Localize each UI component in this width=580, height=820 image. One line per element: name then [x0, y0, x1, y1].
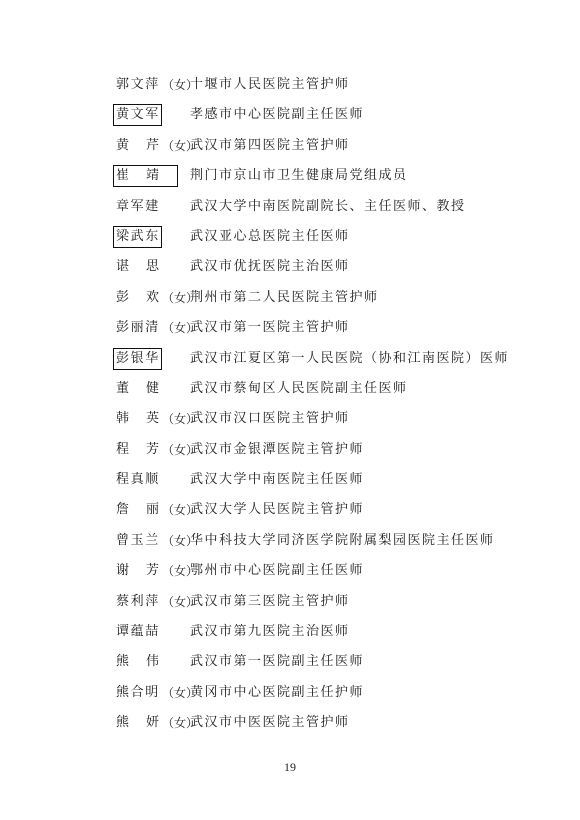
person-description: 武汉市中医医院主管护师 [190, 712, 350, 734]
person-name: 熊合明 [116, 682, 160, 704]
name-cell: 董健 [116, 378, 192, 400]
person-description: 荆州市第二人民医院主管护师 [190, 287, 379, 309]
person-name: 郭文萍 [116, 74, 160, 96]
document-page: 郭文萍 （女） 十堰市人民医院主管护师 黄文军 孝感市中心医院副主任医师 黄芹 … [0, 0, 580, 820]
person-name: 程真顺 [116, 469, 160, 491]
person-description: 武汉亚心总医院主任医师 [190, 226, 350, 248]
list-item: 熊妍 （女） 武汉市中医医院主管护师 [116, 712, 536, 742]
person-name: 彭丽清 [116, 317, 160, 339]
list-item: 程真顺 武汉大学中南医院主任医师 [116, 469, 536, 499]
person-description: 武汉市优抚医院主治医师 [190, 256, 350, 278]
person-name-boxed: 黄文军 [113, 104, 162, 126]
name-cell: 黄文军 [116, 104, 192, 126]
person-name: 董健 [116, 378, 176, 400]
list-item: 詹丽 （女） 武汉大学人民医院主管护师 [116, 499, 536, 529]
list-item: 彭银华 武汉市江夏区第一人民医院（协和江南医院）医师 [116, 348, 536, 378]
person-name: 谌思 [116, 256, 176, 278]
list-item: 郭文萍 （女） 十堰市人民医院主管护师 [116, 74, 536, 104]
name-cell: 章军建 [116, 196, 192, 218]
person-description: 武汉大学中南医院副院长、主任医师、教授 [190, 196, 466, 218]
name-cell: 谌思 [116, 256, 192, 278]
name-cell: 熊伟 [116, 651, 192, 673]
person-description: 武汉市金银潭医院主管护师 [190, 439, 364, 461]
person-description: 荆门市京山市卫生健康局党组成员 [190, 165, 408, 187]
list-item: 熊伟 武汉市第一医院副主任医师 [116, 651, 536, 681]
person-description: 武汉大学人民医院主管护师 [190, 499, 364, 521]
person-description: 武汉市蔡甸区人民医院副主任医师 [190, 378, 408, 400]
person-name: 蔡利萍 [116, 591, 160, 613]
list-item: 彭丽清 （女） 武汉市第一医院主管护师 [116, 317, 536, 347]
person-description: 鄂州市中心医院副主任医师 [190, 560, 364, 582]
list-item: 彭欢 （女） 荆州市第二人民医院主管护师 [116, 287, 536, 317]
name-cell: 程真顺 [116, 469, 192, 491]
name-cell: 彭银华 [116, 348, 192, 370]
person-name: 章军建 [116, 196, 160, 218]
list-item: 程芳 （女） 武汉市金银潭医院主管护师 [116, 439, 536, 469]
list-item: 梁武东 武汉亚心总医院主任医师 [116, 226, 536, 256]
person-description: 十堰市人民医院主管护师 [190, 74, 350, 96]
list-item: 谢芳 （女） 鄂州市中心医院副主任医师 [116, 560, 536, 590]
person-description: 武汉市江夏区第一人民医院（协和江南医院）医师 [190, 348, 509, 370]
list-item: 董健 武汉市蔡甸区人民医院副主任医师 [116, 378, 536, 408]
name-cell: 谭蕴喆 [116, 621, 192, 643]
person-description: 华中科技大学同济医学院附属梨园医院主任医师 [190, 530, 495, 552]
honoree-list: 郭文萍 （女） 十堰市人民医院主管护师 黄文军 孝感市中心医院副主任医师 黄芹 … [116, 74, 536, 743]
person-name: 熊伟 [116, 651, 176, 673]
name-cell: 崔靖 [116, 165, 192, 187]
list-item: 黄芹 （女） 武汉市第四医院主管护师 [116, 135, 536, 165]
person-description: 武汉市第四医院主管护师 [190, 135, 350, 157]
list-item: 蔡利萍 （女） 武汉市第三医院主管护师 [116, 591, 536, 621]
person-description: 武汉市汉口医院主管护师 [190, 408, 350, 430]
person-name-boxed: 彭银华 [113, 348, 162, 370]
person-name-boxed: 崔靖 [113, 165, 178, 187]
person-description: 武汉市第一医院副主任医师 [190, 651, 364, 673]
list-item: 崔靖 荆门市京山市卫生健康局党组成员 [116, 165, 536, 195]
person-name: 谭蕴喆 [116, 621, 160, 643]
person-description: 武汉大学中南医院主任医师 [190, 469, 364, 491]
list-item: 谌思 武汉市优抚医院主治医师 [116, 256, 536, 286]
list-item: 谭蕴喆 武汉市第九医院主治医师 [116, 621, 536, 651]
person-description: 武汉市第一医院主管护师 [190, 317, 350, 339]
person-description: 武汉市第三医院主管护师 [190, 591, 350, 613]
name-cell: 梁武东 [116, 226, 192, 248]
list-item: 曾玉兰 （女） 华中科技大学同济医学院附属梨园医院主任医师 [116, 530, 536, 560]
list-item: 章军建 武汉大学中南医院副院长、主任医师、教授 [116, 196, 536, 226]
person-name-boxed: 梁武东 [113, 226, 162, 248]
person-description: 武汉市第九医院主治医师 [190, 621, 350, 643]
page-number: 19 [0, 760, 580, 775]
person-description: 黄冈市中心医院副主任护师 [190, 682, 364, 704]
list-item: 韩英 （女） 武汉市汉口医院主管护师 [116, 408, 536, 438]
list-item: 黄文军 孝感市中心医院副主任医师 [116, 104, 536, 134]
list-item: 熊合明 （女） 黄冈市中心医院副主任护师 [116, 682, 536, 712]
person-description: 孝感市中心医院副主任医师 [190, 104, 364, 126]
person-name: 曾玉兰 [116, 530, 160, 552]
